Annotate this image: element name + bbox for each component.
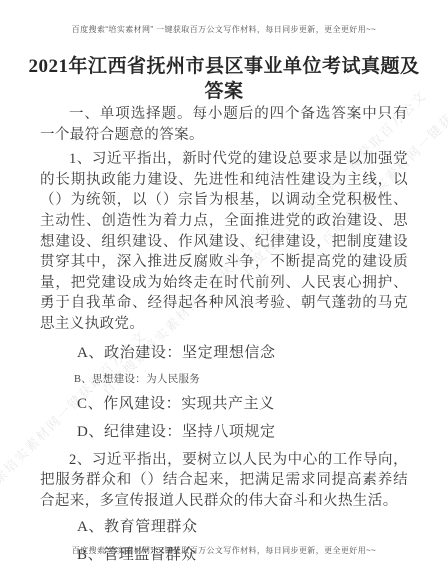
exam-document-page: 百度搜索培实素材网一键获取百万公文 百度搜索培实素材网一键获取百万公文 百度搜索… <box>0 0 448 580</box>
question-1-option-a: A、政治建设：坚定理想信念 <box>40 343 408 363</box>
page-title: 2021年江西省抚州市县区事业单位考试真题及答案 <box>26 54 422 104</box>
question-1-stem: 1、习近平指出，新时代党的建设总要求是以加强党的长期执政能力建设、先进性和纯洁性… <box>40 149 408 334</box>
header-slogan: 百度搜索“培实素材网” 一键获取百万公文写作材料，每日同步更新，更全更好用~~ <box>0 24 448 35</box>
question-1-option-c: C、作风建设：实现共产主义 <box>40 394 408 414</box>
question-1-option-d: D、纪律建设：坚持八项规定 <box>40 422 408 442</box>
question-2-stem: 2、习近平指出，要树立以人民为中心的工作导向，把服务群众和（）结合起来，把满足需… <box>40 450 408 512</box>
question-1-option-b: B、思想建设：为人民服务 <box>40 373 408 386</box>
question-2-option-a: A、教育管理群众 <box>40 517 408 537</box>
section-header: 一、单项选择题。每小题后的四个备选答案中只有一个最符合题意的答案。 <box>40 104 408 145</box>
document-body: 一、单项选择题。每小题后的四个备选答案中只有一个最符合题意的答案。 1、习近平指… <box>40 104 408 565</box>
footer-slogan: 百度搜索“培实素材网” 一键获取百万公文写作材料，每日同步更新，更全更好用~~ <box>0 545 448 556</box>
